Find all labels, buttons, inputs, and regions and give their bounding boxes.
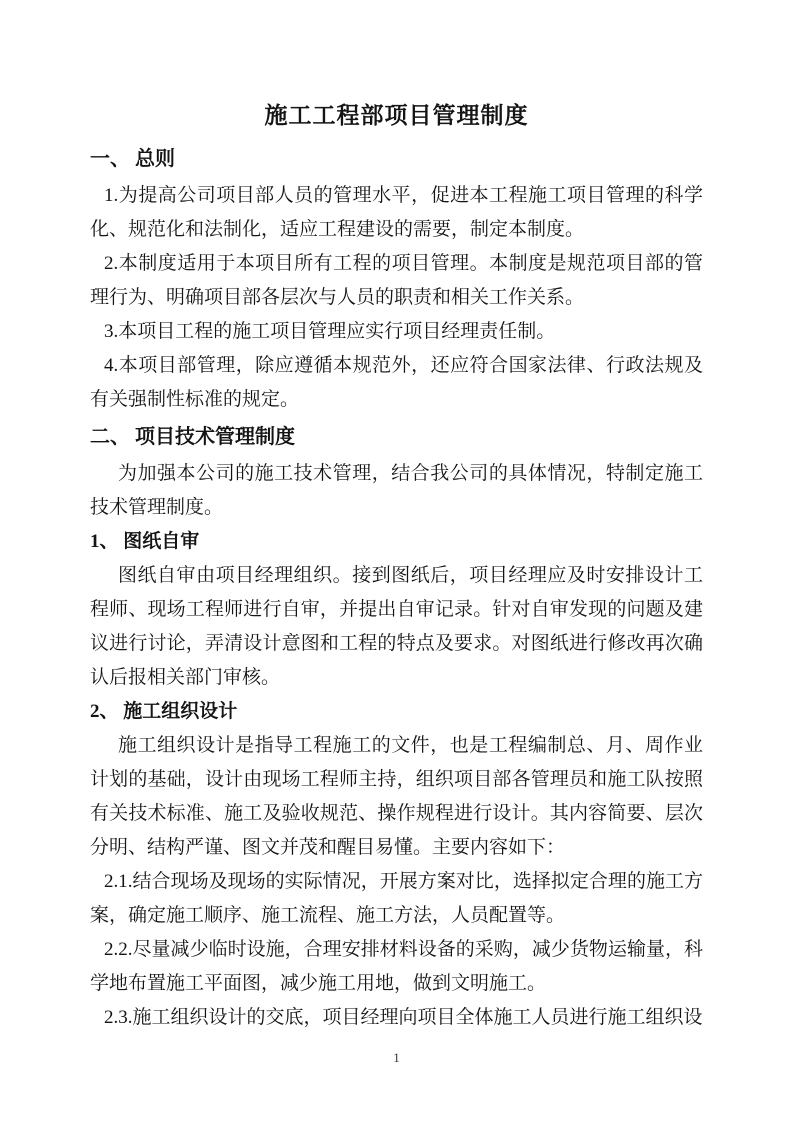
page-number: 1: [0, 1050, 793, 1066]
paragraph-rule-1: 1.为提高公司项目部人员的管理水平，促进本工程施工项目管理的科学化、规范化和法制…: [90, 179, 703, 247]
paragraph-rule-2: 2.本制度适用于本项目所有工程的项目管理。本制度是规范项目部的管理行为、明确项目…: [90, 247, 703, 315]
subheading-drawing-self-review: 1、 图纸自审: [90, 525, 703, 559]
paragraph-drawing-self-review: 图纸自审由项目经理组织。接到图纸后，项目经理应及时安排设计工程师、现场工程师进行…: [90, 559, 703, 695]
section-heading-technical-management: 二、 项目技术管理制度: [90, 417, 703, 457]
subheading-construction-organization-design: 2、 施工组织设计: [90, 695, 703, 729]
paragraph-technical-intro: 为加强本公司的施工技术管理，结合我公司的具体情况，特制定施工技术管理制度。: [90, 457, 703, 525]
paragraph-rule-3: 3.本项目工程的施工项目管理应实行项目经理责任制。: [90, 315, 703, 349]
paragraph-item-2-2: 2.2.尽量减少临时设施，合理安排材料设备的采购，减少货物运输量，科学地布置施工…: [90, 933, 703, 1001]
paragraph-construction-organization-intro: 施工组织设计是指导工程施工的文件，也是工程编制总、月、周作业计划的基础，设计由现…: [90, 729, 703, 865]
paragraph-item-2-1: 2.1.结合现场及现场的实际情况，开展方案对比，选择拟定合理的施工方案，确定施工…: [90, 865, 703, 933]
document-page: 施工工程部项目管理制度 一、 总则 1.为提高公司项目部人员的管理水平，促进本工…: [0, 0, 793, 1122]
document-body: 一、 总则 1.为提高公司项目部人员的管理水平，促进本工程施工项目管理的科学化、…: [90, 139, 703, 1035]
section-heading-general-rules: 一、 总则: [90, 139, 703, 179]
paragraph-rule-4: 4.本项目部管理，除应遵循本规范外，还应符合国家法律、行政法规及有关强制性标准的…: [90, 349, 703, 417]
document-title: 施工工程部项目管理制度: [90, 99, 703, 133]
paragraph-item-2-3: 2.3.施工组织设计的交底，项目经理向项目全体施工人员进行施工组织设: [90, 1001, 703, 1035]
